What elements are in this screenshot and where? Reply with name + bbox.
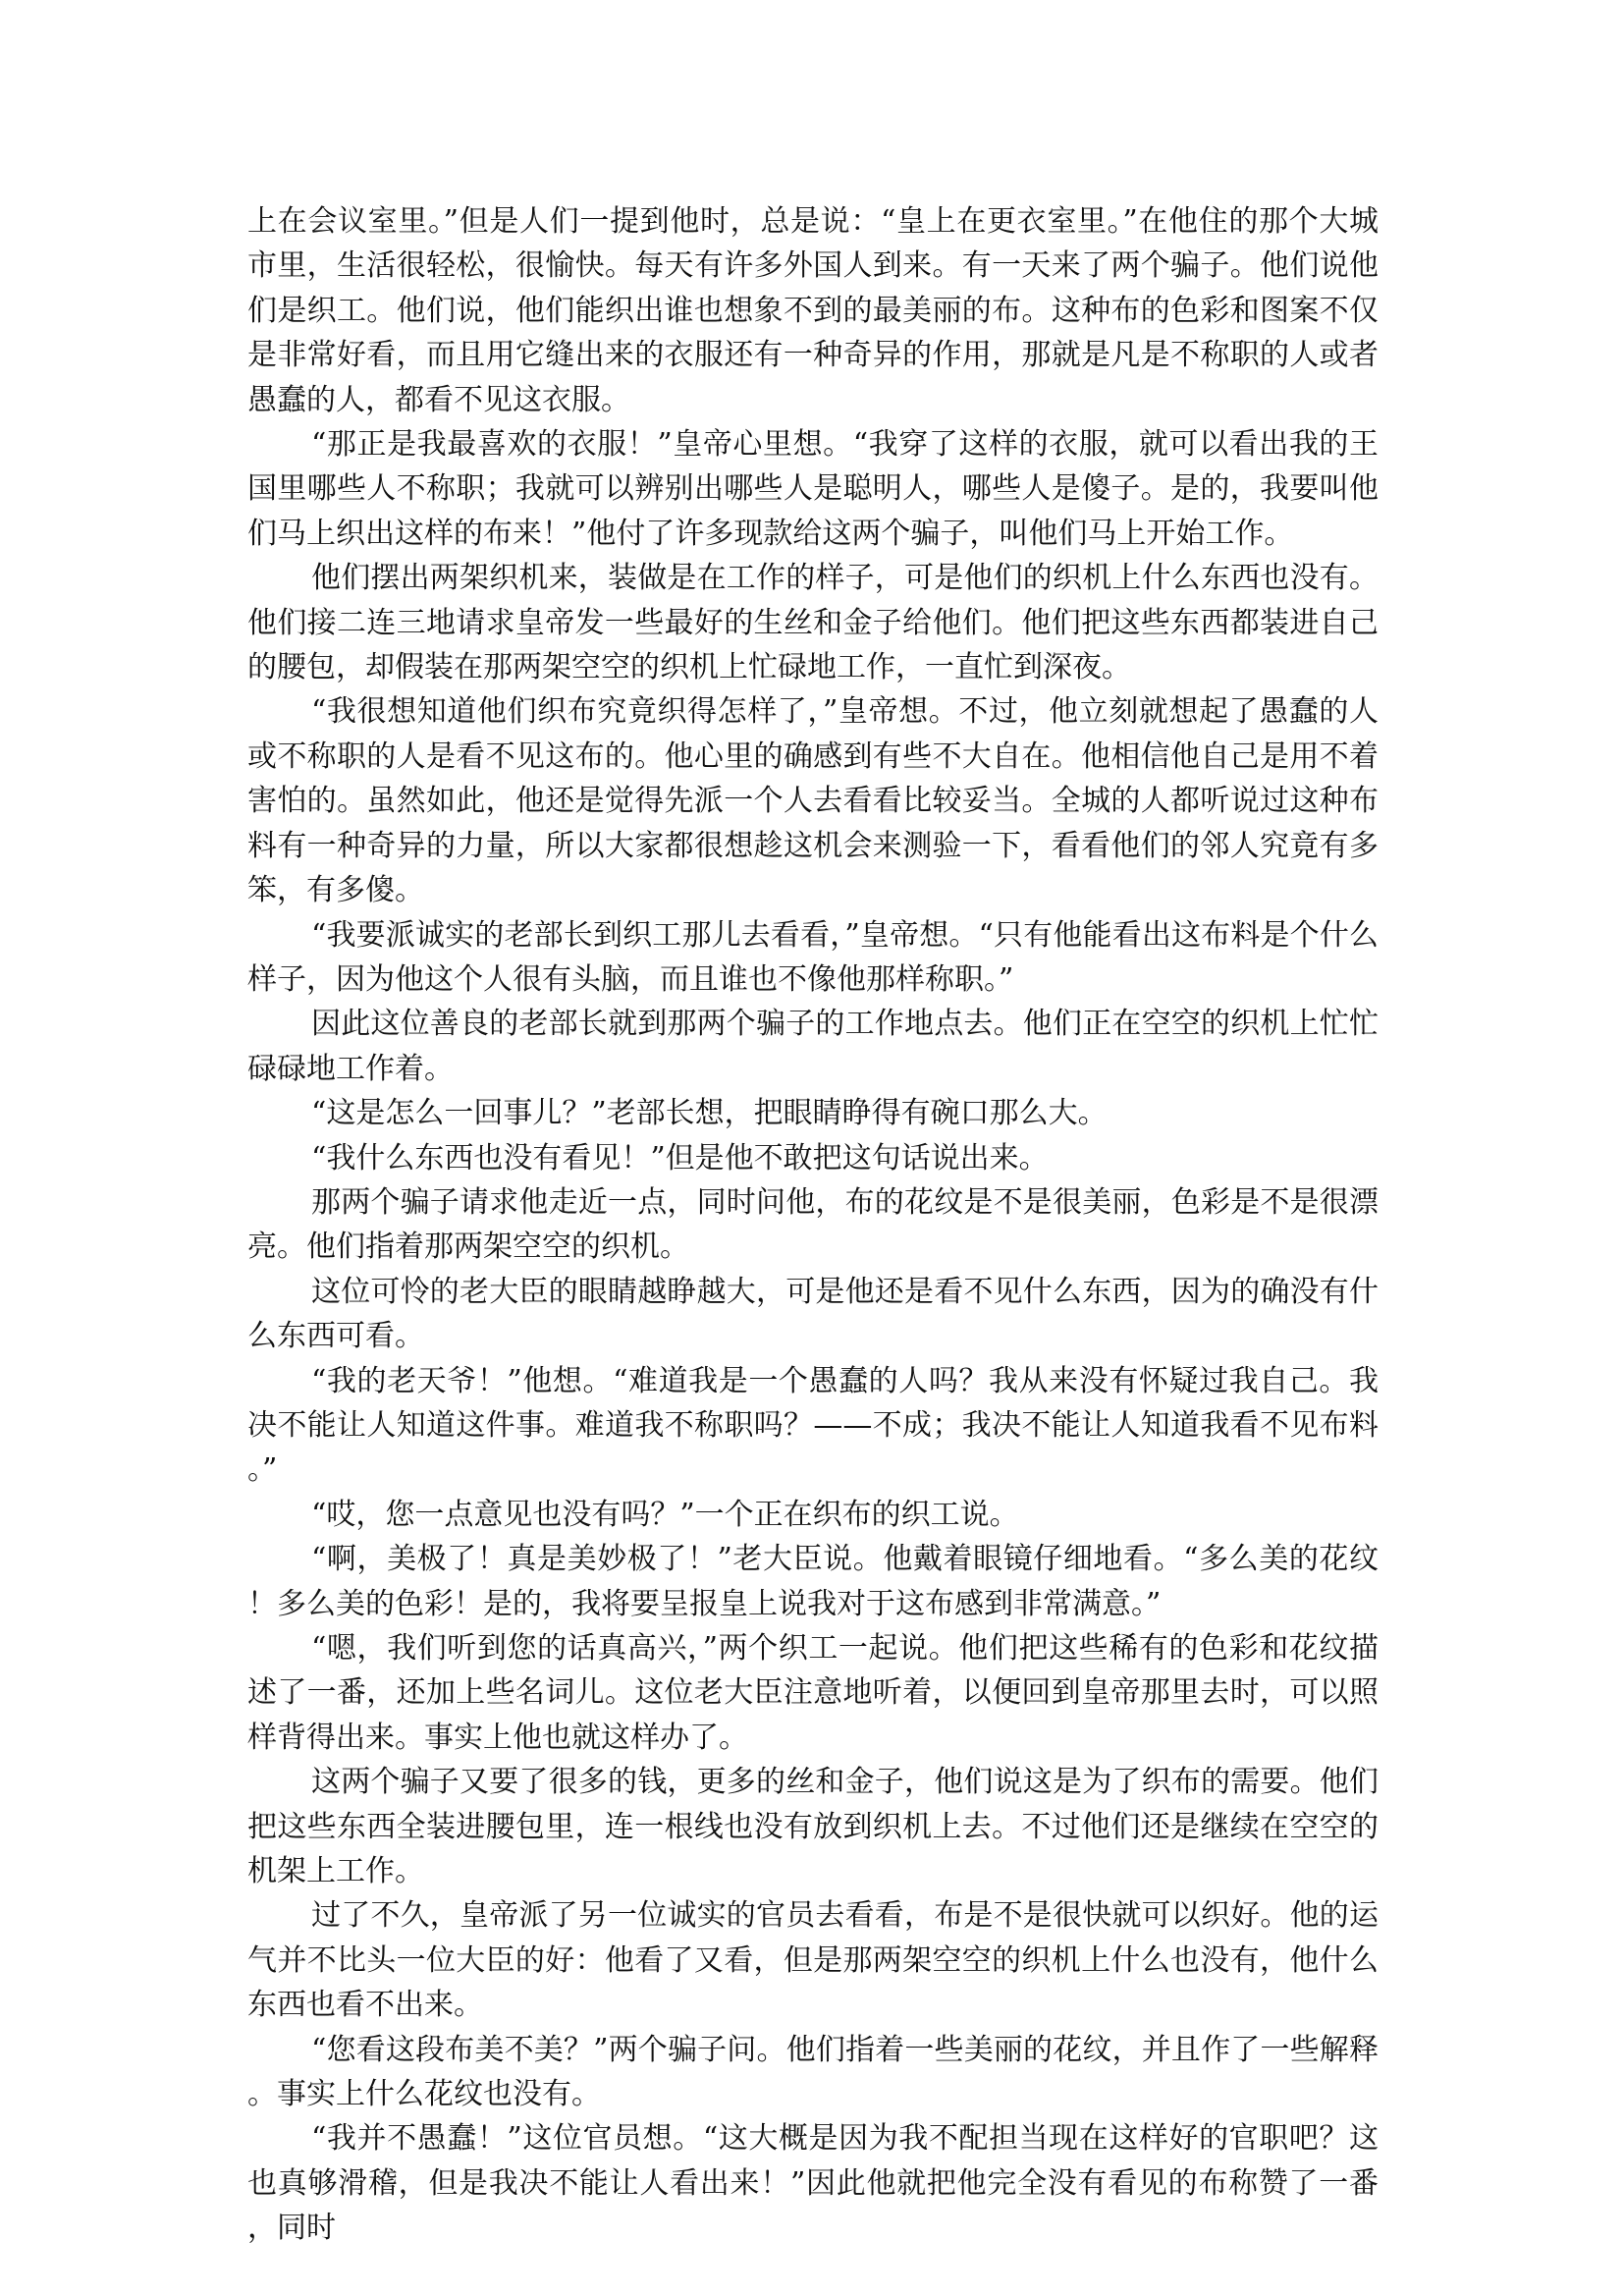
paragraph: 过了不久，皇帝派了另一位诚实的官员去看看，布是不是很快就可以织好。他的运气并不比… [247, 1893, 1379, 2027]
paragraph: “嗯，我们听到您的话真高兴，”两个织工一起说。他们把这些稀有的色彩和花纹描述了一… [247, 1626, 1379, 1760]
document-page: 上在会议室里。”但是人们一提到他时，总是说：“皇上在更衣室里。”在他住的那个大城… [247, 199, 1379, 2251]
paragraph: “我什么东西也没有看见！”但是他不敢把这句话说出来。 [247, 1136, 1379, 1180]
paragraph: “我要派诚实的老部长到织工那儿去看看，”皇帝想。“只有他能看出这布料是个什么样子… [247, 913, 1379, 1003]
paragraph: 他们摆出两架织机来，装做是在工作的样子，可是他们的织机上什么东西也没有。他们接二… [247, 556, 1379, 689]
paragraph: “哎，您一点意见也没有吗？”一个正在织布的织工说。 [247, 1493, 1379, 1537]
paragraph: 那两个骗子请求他走近一点，同时问他，布的花纹是不是很美丽，色彩是不是很漂亮。他们… [247, 1180, 1379, 1270]
paragraph: 上在会议室里。”但是人们一提到他时，总是说：“皇上在更衣室里。”在他住的那个大城… [247, 199, 1379, 422]
paragraph: 这两个骗子又要了很多的钱，更多的丝和金子，他们说这是为了织布的需要。他们把这些东… [247, 1760, 1379, 1893]
paragraph: “您看这段布美不美？”两个骗子问。他们指着一些美丽的花纹，并且作了一些解释。事实… [247, 2028, 1379, 2117]
paragraph: 因此这位善良的老部长就到那两个骗子的工作地点去。他们正在空空的织机上忙忙碌碌地工… [247, 1002, 1379, 1091]
paragraph: “我并不愚蠢！”这位官员想。“这大概是因为我不配担当现在这样好的官职吧？这也真够… [247, 2116, 1379, 2250]
paragraph: “这是怎么一回事儿？”老部长想，把眼睛睁得有碗口那么大。 [247, 1091, 1379, 1135]
paragraph: “我很想知道他们织布究竟织得怎样了，”皇帝想。不过，他立刻就想起了愚蠢的人或不称… [247, 689, 1379, 912]
paragraph: “我的老天爷！”他想。“难道我是一个愚蠢的人吗？我从来没有怀疑过我自己。我决不能… [247, 1359, 1379, 1493]
paragraph: “啊，美极了！真是美妙极了！”老大臣说。他戴着眼镜仔细地看。“多么美的花纹！多么… [247, 1537, 1379, 1626]
paragraph: “那正是我最喜欢的衣服！”皇帝心里想。“我穿了这样的衣服，就可以看出我的王国里哪… [247, 422, 1379, 556]
paragraph: 这位可怜的老大臣的眼睛越睁越大，可是他还是看不见什么东西，因为的确没有什么东西可… [247, 1270, 1379, 1359]
